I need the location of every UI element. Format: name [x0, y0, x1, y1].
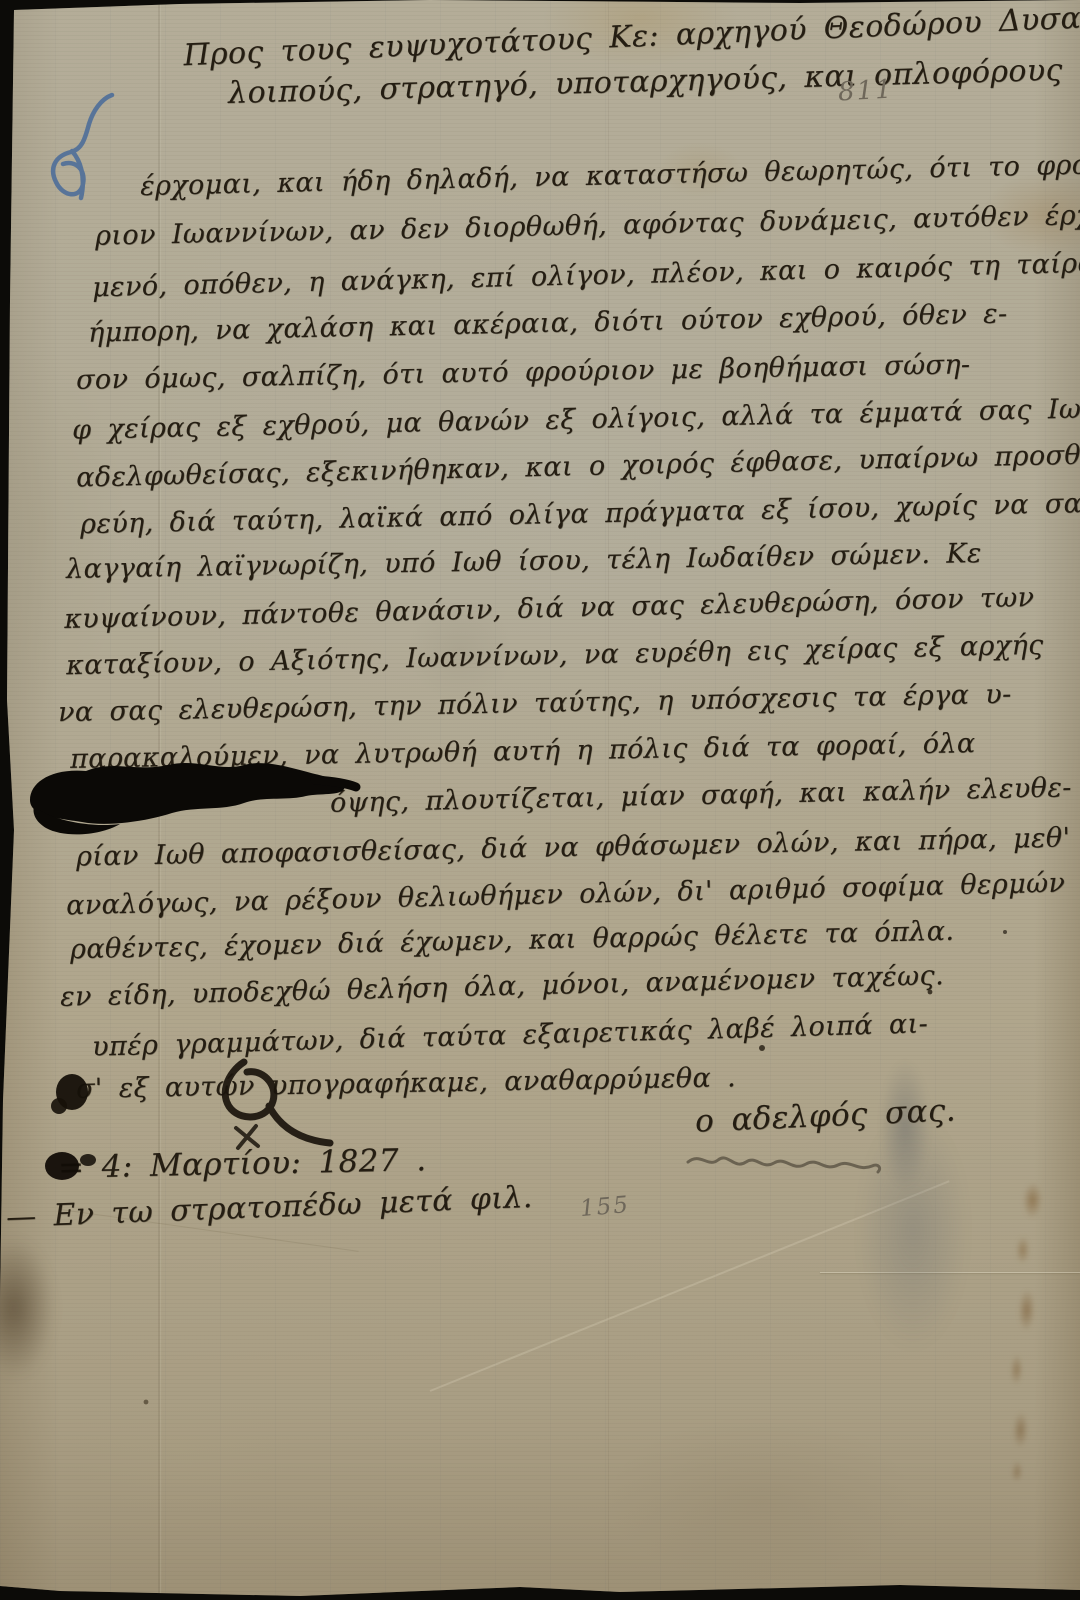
archive-number-bottom: 155: [579, 1192, 631, 1222]
brown-stain-streak: [987, 1179, 1057, 1481]
manuscript-scan: Προς τους ευψυχοτάτους Κε: αρχηγού Θεοδώ…: [0, 0, 1080, 1600]
date-line: = 4: Μαρτίου: 1827 .: [58, 1142, 427, 1186]
archive-number-top: 811: [837, 75, 894, 108]
